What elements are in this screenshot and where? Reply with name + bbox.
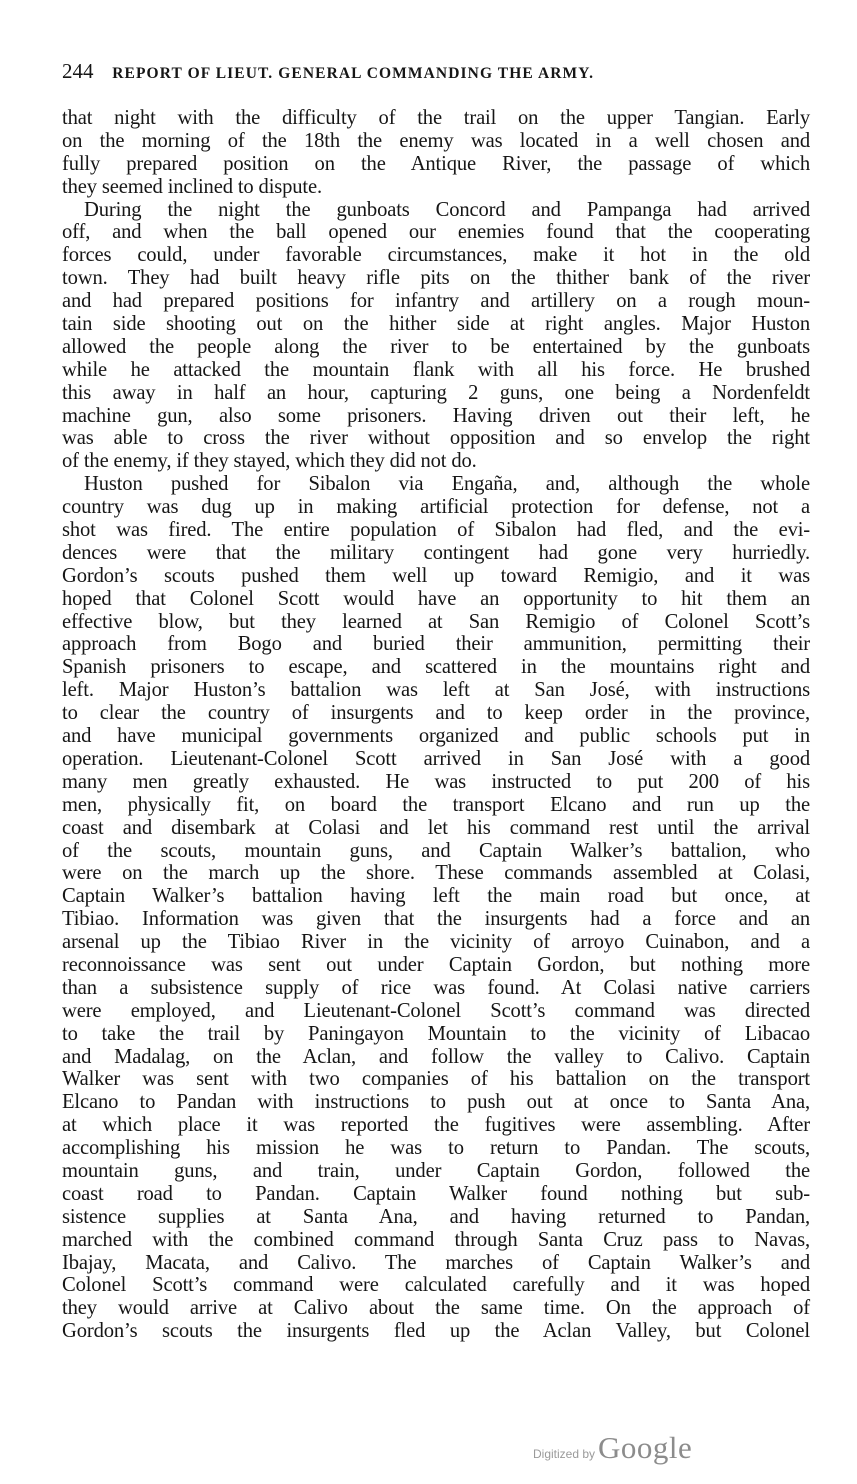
running-head: 244 REPORT OF LIEUT. GENERAL COMMANDING … bbox=[62, 60, 812, 85]
text-line: dences were that the military contingent… bbox=[62, 542, 810, 565]
text-line: Ibajay, Macata, and Calivo. The marches … bbox=[62, 1252, 810, 1275]
digitized-label: Digitized by bbox=[533, 1447, 595, 1461]
text-line: while he attacked the mountain flank wit… bbox=[62, 359, 810, 382]
page-number: 244 bbox=[62, 59, 94, 83]
text-line: of the enemy, if they stayed, which they… bbox=[62, 450, 810, 473]
body-text: that night with the difficulty of the tr… bbox=[62, 107, 810, 1343]
text-line: to take the trail by Paningayon Mountain… bbox=[62, 1023, 810, 1046]
text-line: Colonel Scott’s command were calculated … bbox=[62, 1274, 810, 1297]
text-line: at which place it was reported the fugit… bbox=[62, 1114, 810, 1137]
text-line: machine gun, also some prisoners. Having… bbox=[62, 405, 810, 428]
text-line: were on the march up the shore. These co… bbox=[62, 862, 810, 885]
text-line: reconnoissance was sent out under Captai… bbox=[62, 954, 810, 977]
text-line: accomplishing his mission he was to retu… bbox=[62, 1137, 810, 1160]
text-line: Tibiao. Information was given that the i… bbox=[62, 908, 810, 931]
running-title: REPORT OF LIEUT. GENERAL COMMANDING THE … bbox=[112, 65, 594, 82]
text-line: coast and disembark at Colasi and let hi… bbox=[62, 817, 810, 840]
text-line: forces could, under favorable circumstan… bbox=[62, 244, 810, 267]
text-line: tain side shooting out on the hither sid… bbox=[62, 313, 810, 336]
text-line: marched with the combined command throug… bbox=[62, 1229, 810, 1252]
text-line: than a subsistence supply of rice was fo… bbox=[62, 977, 810, 1000]
text-line: Elcano to Pandan with instructions to pu… bbox=[62, 1091, 810, 1114]
text-line: Huston pushed for Sibalon via Engaña, an… bbox=[62, 473, 810, 496]
text-line: were employed, and Lieutenant-Colonel Sc… bbox=[62, 1000, 810, 1023]
text-line: on the morning of the 18th the enemy was… bbox=[62, 130, 810, 153]
text-line: men, physically fit, on board the transp… bbox=[62, 794, 810, 817]
text-line: approach from Bogo and buried their ammu… bbox=[62, 633, 810, 656]
text-line: hoped that Colonel Scott would have an o… bbox=[62, 588, 810, 611]
text-line: was able to cross the river without oppo… bbox=[62, 427, 810, 450]
text-line: they seemed inclined to dispute. bbox=[62, 176, 810, 199]
google-logo: Google bbox=[598, 1430, 692, 1466]
text-line: sistence supplies at Santa Ana, and havi… bbox=[62, 1206, 810, 1229]
text-line: allowed the people along the river to be… bbox=[62, 336, 810, 359]
text-line: and Madalag, on the Aclan, and follow th… bbox=[62, 1046, 810, 1069]
text-line: many men greatly exhausted. He was instr… bbox=[62, 771, 810, 794]
digitized-watermark: Digitized by Google bbox=[533, 1430, 692, 1470]
text-line: and have municipal governments organized… bbox=[62, 725, 810, 748]
text-line: Captain Walker’s battalion having left t… bbox=[62, 885, 810, 908]
text-line: fully prepared position on the Antique R… bbox=[62, 153, 810, 176]
text-line: that night with the difficulty of the tr… bbox=[62, 107, 810, 130]
text-line: Gordon’s scouts the insurgents fled up t… bbox=[62, 1320, 810, 1343]
text-line: left. Major Huston’s battalion was left … bbox=[62, 679, 810, 702]
text-line: of the scouts, mountain guns, and Captai… bbox=[62, 840, 810, 863]
text-line: Spanish prisoners to escape, and scatter… bbox=[62, 656, 810, 679]
scanned-page: 244 REPORT OF LIEUT. GENERAL COMMANDING … bbox=[0, 0, 857, 1484]
text-line: effective blow, but they learned at San … bbox=[62, 611, 810, 634]
text-line: country was dug up in making artificial … bbox=[62, 496, 810, 519]
text-line: mountain guns, and train, under Captain … bbox=[62, 1160, 810, 1183]
text-line: arsenal up the Tibiao River in the vicin… bbox=[62, 931, 810, 954]
text-line: coast road to Pandan. Captain Walker fou… bbox=[62, 1183, 810, 1206]
text-line: off, and when the ball opened our enemie… bbox=[62, 221, 810, 244]
text-line: and had prepared positions for infantry … bbox=[62, 290, 810, 313]
text-line: During the night the gunboats Concord an… bbox=[62, 199, 810, 222]
text-line: they would arrive at Calivo about the sa… bbox=[62, 1297, 810, 1320]
text-line: shot was fired. The entire population of… bbox=[62, 519, 810, 542]
text-line: to clear the country of insurgents and t… bbox=[62, 702, 810, 725]
text-line: operation. Lieutenant-Colonel Scott arri… bbox=[62, 748, 810, 771]
text-line: town. They had built heavy rifle pits on… bbox=[62, 267, 810, 290]
text-line: Walker was sent with two companies of hi… bbox=[62, 1068, 810, 1091]
text-line: this away in half an hour, capturing 2 g… bbox=[62, 382, 810, 405]
text-line: Gordon’s scouts pushed them well up towa… bbox=[62, 565, 810, 588]
